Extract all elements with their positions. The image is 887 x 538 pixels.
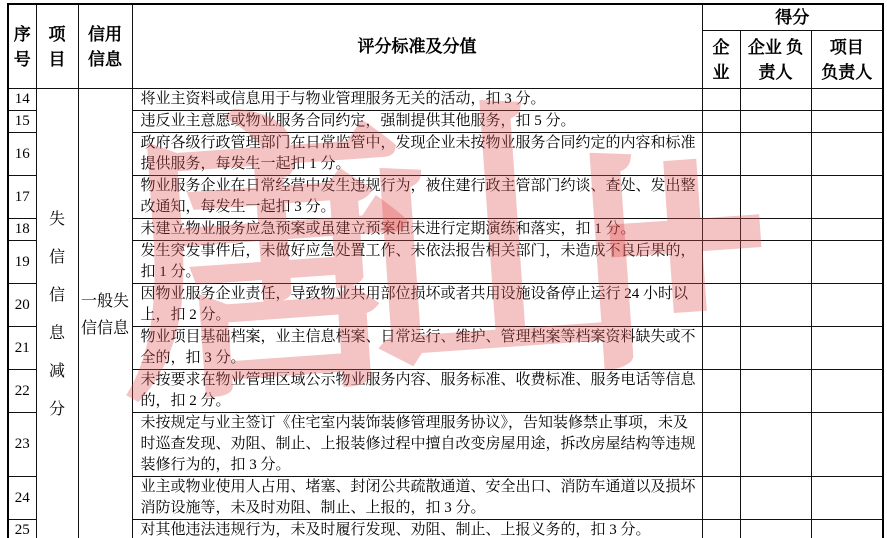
score-cell-enterprise-manager	[740, 241, 811, 284]
column-header-serial: 序 号	[8, 4, 36, 89]
score-cell-enterprise	[702, 413, 740, 477]
score-cell-project-manager	[811, 133, 883, 176]
criteria-text: 业主或物业使用人占用、堵塞、封闭公共疏散通道、安全出口、消防车通道以及损坏消防设…	[132, 477, 702, 520]
score-cell-enterprise-manager	[740, 133, 811, 176]
column-header-enterprise-manager: 企业 负 责人	[740, 31, 811, 89]
column-header-project: 项 目	[36, 4, 78, 89]
row-number: 21	[8, 327, 36, 370]
criteria-text: 未建立物业服务应急预案或虽建立预案但未进行定期演练和落实，扣 1 分。	[132, 219, 702, 241]
score-cell-enterprise	[702, 241, 740, 284]
row-number: 23	[8, 413, 36, 477]
score-cell-enterprise-manager	[740, 520, 811, 538]
merged-cell-credit-type: 一般失信信息	[78, 89, 132, 538]
score-cell-enterprise	[702, 89, 740, 111]
score-cell-enterprise	[702, 111, 740, 133]
criteria-text: 对其他违法违规行为，未及时履行发现、劝阻、制止、上报义务的，扣 3 分。	[132, 520, 702, 538]
column-header-criteria: 评分标准及分值	[132, 4, 702, 89]
table-row: 24 业主或物业使用人占用、堵塞、封闭公共疏散通道、安全出口、消防车通道以及损坏…	[8, 477, 883, 520]
criteria-text: 因物业服务企业责任，导致物业共用部位损坏或者共用设施设备停止运行 24 小时以上…	[132, 284, 702, 327]
criteria-text: 物业项目基础档案，业主信息档案、日常运行、维护、管理档案等档案资料缺失或不全的，…	[132, 327, 702, 370]
scoring-table: 序 号 项 目 信用 信息 评分标准及分值 得分 企 业 企业 负 责人 项目 …	[7, 3, 884, 538]
table-row: 16 政府各级行政管理部门在日常监管中，发现企业未按物业服务合同约定的内容和标准…	[8, 133, 883, 176]
column-header-score-group: 得分	[702, 4, 883, 31]
row-number: 14	[8, 89, 36, 111]
row-number: 19	[8, 241, 36, 284]
table-row: 21 物业项目基础档案，业主信息档案、日常运行、维护、管理档案等档案资料缺失或不…	[8, 327, 883, 370]
score-cell-enterprise-manager	[740, 111, 811, 133]
criteria-text: 未按要求在物业管理区域公示物业服务内容、服务标准、收费标准、服务电话等信息的，扣…	[132, 370, 702, 413]
table-row: 22 未按要求在物业管理区域公示物业服务内容、服务标准、收费标准、服务电话等信息…	[8, 370, 883, 413]
document-page: 序 号 项 目 信用 信息 评分标准及分值 得分 企 业 企业 负 责人 项目 …	[0, 0, 887, 538]
table-row: 14 失信信息减分 一般失信信息 将业主资料或信息用于与物业管理服务无关的活动，…	[8, 89, 883, 111]
score-cell-project-manager	[811, 219, 883, 241]
score-cell-project-manager	[811, 284, 883, 327]
table-row: 25 对其他违法违规行为，未及时履行发现、劝阻、制止、上报义务的，扣 3 分。	[8, 520, 883, 538]
score-cell-enterprise	[702, 176, 740, 219]
score-cell-enterprise	[702, 520, 740, 538]
column-header-enterprise: 企 业	[702, 31, 740, 89]
table-row: 15 违反业主意愿或物业服务合同约定，强制提供其他服务，扣 5 分。	[8, 111, 883, 133]
criteria-text: 违反业主意愿或物业服务合同约定，强制提供其他服务，扣 5 分。	[132, 111, 702, 133]
criteria-text: 发生突发事件后，未做好应急处置工作、未依法报告相关部门，未造成不良后果的，扣 1…	[132, 241, 702, 284]
table-row: 17 物业服务企业在日常经营中发生违规行为，被住建行政主管部门约谈、查处、发出整…	[8, 176, 883, 219]
column-header-credit-info: 信用 信息	[78, 4, 132, 89]
score-cell-enterprise-manager	[740, 176, 811, 219]
score-cell-enterprise	[702, 284, 740, 327]
row-number: 18	[8, 219, 36, 241]
project-category-label: 失信信息减分	[49, 201, 65, 429]
score-cell-project-manager	[811, 520, 883, 538]
score-cell-project-manager	[811, 413, 883, 477]
score-cell-enterprise	[702, 133, 740, 176]
merged-cell-project-category: 失信信息减分	[36, 89, 78, 538]
score-cell-enterprise-manager	[740, 284, 811, 327]
score-cell-enterprise-manager	[740, 413, 811, 477]
score-cell-project-manager	[811, 327, 883, 370]
score-cell-enterprise-manager	[740, 327, 811, 370]
header-row-1: 序 号 项 目 信用 信息 评分标准及分值 得分	[8, 4, 883, 31]
table-row: 18 未建立物业服务应急预案或虽建立预案但未进行定期演练和落实，扣 1 分。	[8, 219, 883, 241]
score-cell-enterprise	[702, 219, 740, 241]
column-header-project-manager: 项目 负责人	[811, 31, 883, 89]
criteria-text: 未按规定与业主签订《住宅室内装饰装修管理服务协议》，告知装修禁止事项，未及时巡查…	[132, 413, 702, 477]
score-cell-enterprise-manager	[740, 370, 811, 413]
table-row: 19 发生突发事件后，未做好应急处置工作、未依法报告相关部门，未造成不良后果的，…	[8, 241, 883, 284]
table-row: 20 因物业服务企业责任，导致物业共用部位损坏或者共用设施设备停止运行 24 小…	[8, 284, 883, 327]
score-cell-enterprise-manager	[740, 219, 811, 241]
score-cell-enterprise	[702, 477, 740, 520]
table-row: 23 未按规定与业主签订《住宅室内装饰装修管理服务协议》，告知装修禁止事项，未及…	[8, 413, 883, 477]
criteria-text: 将业主资料或信息用于与物业管理服务无关的活动，扣 3 分。	[132, 89, 702, 111]
score-cell-enterprise-manager	[740, 477, 811, 520]
score-cell-project-manager	[811, 111, 883, 133]
criteria-text: 政府各级行政管理部门在日常监管中，发现企业未按物业服务合同约定的内容和标准提供服…	[132, 133, 702, 176]
row-number: 24	[8, 477, 36, 520]
row-number: 25	[8, 520, 36, 538]
row-number: 22	[8, 370, 36, 413]
row-number: 15	[8, 111, 36, 133]
score-cell-enterprise	[702, 327, 740, 370]
row-number: 17	[8, 176, 36, 219]
score-cell-enterprise	[702, 370, 740, 413]
criteria-text: 物业服务企业在日常经营中发生违规行为，被住建行政主管部门约谈、查处、发出整改通知…	[132, 176, 702, 219]
score-cell-project-manager	[811, 370, 883, 413]
score-cell-project-manager	[811, 89, 883, 111]
row-number: 20	[8, 284, 36, 327]
score-cell-enterprise-manager	[740, 89, 811, 111]
score-cell-project-manager	[811, 477, 883, 520]
row-number: 16	[8, 133, 36, 176]
score-cell-project-manager	[811, 176, 883, 219]
score-cell-project-manager	[811, 241, 883, 284]
